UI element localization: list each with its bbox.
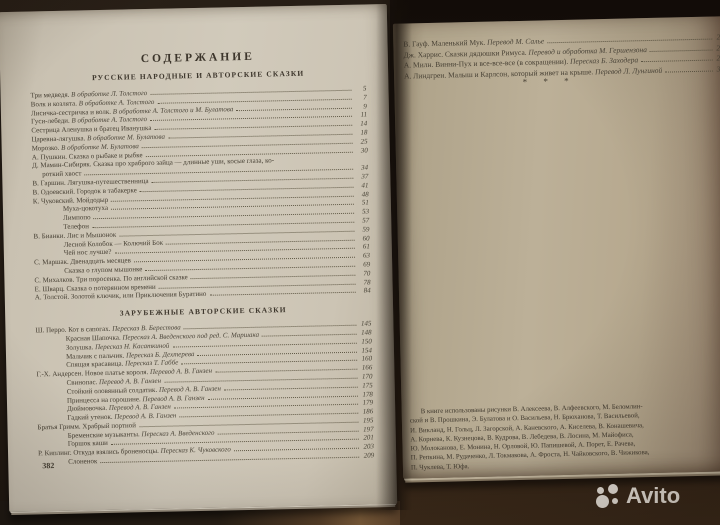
dot-leader-icon	[234, 448, 359, 452]
dot-leader-icon	[650, 49, 713, 51]
toc-entry-page-number: 69	[358, 260, 370, 269]
toc-entry-page-number: 59	[357, 225, 369, 234]
left-page: СОДЕРЖАНИЕ РУССКИЕ НАРОДНЫЕ И АВТОРСКИЕ …	[0, 4, 397, 512]
toc-entry-page-number: 11	[355, 111, 367, 120]
toc-entry-page-number: 9	[355, 102, 367, 111]
dot-leader-icon	[100, 457, 359, 463]
toc-entry-page-number: 145	[359, 320, 371, 329]
section-heading-foreign-tales: ЗАРУБЕЖНЫЕ АВТОРСКИЕ СКАЗКИ	[35, 304, 371, 320]
toc-entry-page-number: 201	[362, 434, 374, 443]
toc-entry-page-number: 154	[360, 346, 372, 355]
toc-entry-page-number: 5	[354, 84, 366, 93]
avito-watermark: Avito	[596, 483, 680, 509]
toc-entry-page-number: 18	[355, 128, 367, 137]
toc-entry-page-number: 63	[358, 252, 370, 261]
avito-watermark-label: Avito	[626, 483, 680, 509]
toc-entry-page-number: 178	[361, 390, 373, 399]
toc-entry-page-number: 160	[360, 355, 372, 364]
toc-list-russian-tales: Три медведя. В обработке Л. Толстого5Вол…	[30, 84, 370, 302]
dot-leader-icon	[262, 334, 357, 337]
page-title: СОДЕРЖАНИЕ	[30, 48, 366, 67]
toc-entry-page-number: 270	[716, 53, 720, 64]
toc-entry-title: Слоненок	[68, 457, 97, 466]
toc-entry-page-number: 37	[356, 172, 368, 181]
toc-entry-page-number: 195	[361, 416, 373, 425]
toc-entry-page-number: 186	[361, 407, 373, 416]
section-heading-russian-tales: РУССКИЕ НАРОДНЫЕ И АВТОРСКИЕ СКАЗКИ	[30, 67, 366, 83]
toc-entry-credit: Перевод А. В. Ганзен	[142, 393, 204, 403]
toc-list-foreign-tales: Ш. Перро. Кот в сапогах. Пересказ В. Бер…	[35, 320, 374, 468]
toc-entry-page-number: 170	[360, 372, 372, 381]
toc-entry-page-number: 51	[357, 199, 369, 208]
toc-entry-page-number: 175	[361, 381, 373, 390]
toc-entry-credit: Пересказ А. Введенского	[141, 428, 214, 438]
toc-entry-page-number: 7	[355, 93, 367, 102]
toc-entry-page-number: 320	[716, 64, 720, 75]
toc-entry-page-number: 166	[360, 363, 372, 372]
toc-entry-page-number: 61	[358, 243, 370, 252]
toc-entry-credit: Перевод А. В. Ганзен	[150, 367, 212, 377]
toc-entry-page-number: 209	[362, 451, 374, 460]
illustrators-credit-paragraph: В книге использованы рисунки В. Алексеев…	[410, 400, 720, 472]
dot-leader-icon	[236, 107, 352, 110]
toc-entry-page-number: 48	[357, 190, 369, 199]
toc-entry-page-number: 84	[359, 287, 371, 296]
toc-entry-page-number: 53	[357, 208, 369, 217]
toc-entry-page-number: 70	[358, 269, 370, 278]
toc-entry-page-number: 60	[358, 234, 370, 243]
toc-entry-page-number: 197	[362, 425, 374, 434]
right-page: В. Гауф. Маленький Мук. Перевод М. Салье…	[393, 16, 720, 478]
toc-entry-page-number: 203	[362, 443, 374, 452]
book-photo: СОДЕРЖАНИЕ РУССКИЕ НАРОДНЫЕ И АВТОРСКИЕ …	[0, 0, 720, 525]
toc-entry-page-number: 30	[356, 146, 368, 155]
toc-entry-page-number: 150	[360, 337, 372, 346]
toc-entry-page-number: 78	[358, 278, 370, 287]
toc-entry-page-number: 25	[356, 137, 368, 146]
toc-entry-page-number: 148	[360, 328, 372, 337]
toc-entry-credit: Перевод А. В. Ганзен	[114, 412, 176, 422]
avito-logo-icon	[596, 484, 621, 509]
toc-entry-page-number: 34	[356, 164, 368, 173]
toc-entry-page-number: 57	[357, 216, 369, 225]
dot-leader-icon	[547, 39, 712, 44]
dot-leader-icon	[641, 60, 713, 63]
toc-entry-page-number: 41	[356, 181, 368, 190]
toc-entry-page-number: 211	[715, 32, 720, 43]
dot-leader-icon	[209, 292, 355, 296]
toc-entry-page-number: 228	[715, 43, 720, 54]
toc-entry-page-number: 179	[361, 399, 373, 408]
left-page-content: СОДЕРЖАНИЕ РУССКИЕ НАРОДНЫЕ И АВТОРСКИЕ …	[30, 48, 375, 467]
page-number: 382	[42, 461, 54, 470]
toc-entry-credit: Пересказ К. Чуковского	[161, 446, 231, 456]
toc-entry-page-number: 14	[355, 120, 367, 129]
